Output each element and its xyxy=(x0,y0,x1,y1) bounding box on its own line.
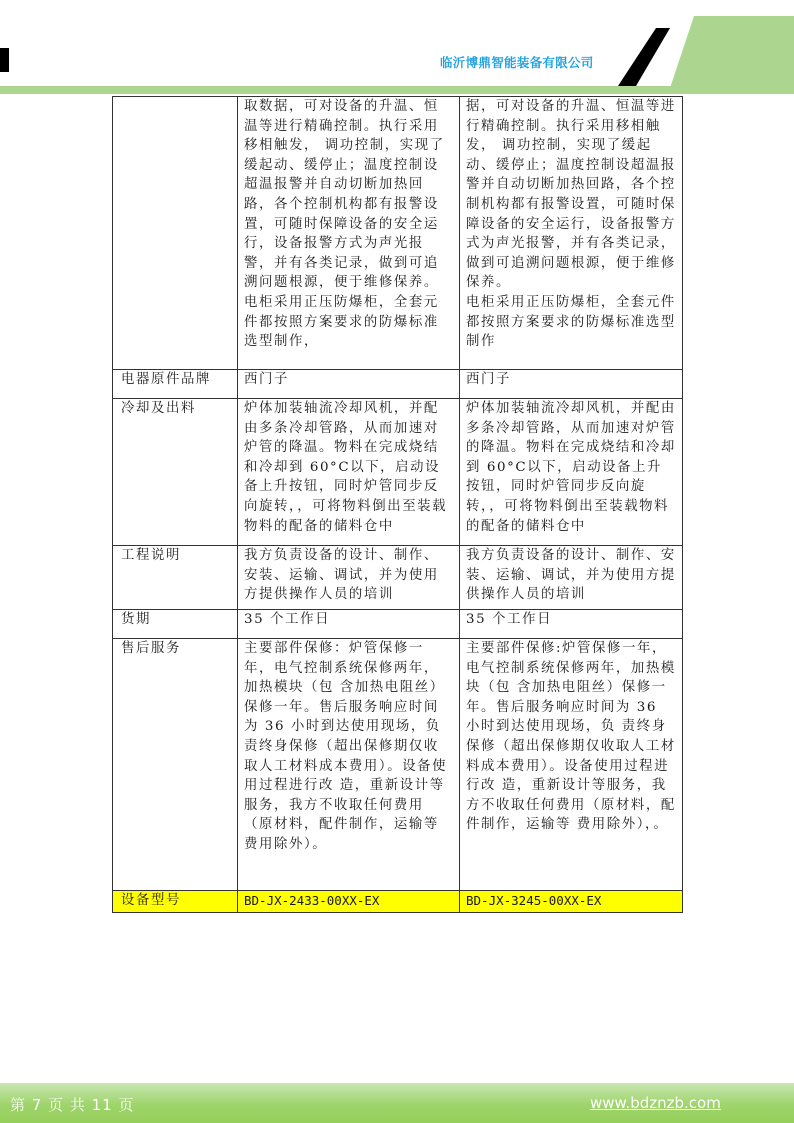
table-row-control-continued: 取数据，可对设备的升温、恒温等进行精确控制。执行采用移相触发， 调功控制，实现了… xyxy=(113,97,683,370)
cell-model-b: 我方负责设备的设计、制作、安装、运输、调试，并为使用方提供操作人员的培训 xyxy=(460,546,683,610)
cell-model-a: 西门子 xyxy=(238,370,460,399)
cell-model-a: BD-JX-2433-00XX-EX xyxy=(238,891,460,913)
cell-model-a: 35 个工作日 xyxy=(238,610,460,639)
row-label: 冷却及出料 xyxy=(113,399,238,546)
table-row-after-sales: 售后服务 主要部件保修：炉管保修一年，电气控制系统保修两年，加热模块（包 含加热… xyxy=(113,639,683,891)
cell-model-b: 35 个工作日 xyxy=(460,610,683,639)
page-footer: 第 7 页 共 11 页 www.bdznzb.com xyxy=(0,1083,794,1123)
cell-model-b: BD-JX-3245-00XX-EX xyxy=(460,891,683,913)
page-number: 第 7 页 共 11 页 xyxy=(10,1094,134,1115)
cell-model-a: 炉体加装轴流冷却风机，并配由多条冷却管路，从而加速对炉管的降温。物料在完成烧结和… xyxy=(238,399,460,546)
company-name: 临沂博鼎智能装备有限公司 xyxy=(440,53,594,71)
table-row-electrical-brand: 电器原件品牌 西门子 西门子 xyxy=(113,370,683,399)
row-label: 设备型号 xyxy=(113,891,238,913)
row-label xyxy=(113,97,238,370)
table-row-engineering: 工程说明 我方负责设备的设计、制作、安装、运输、调试，并为使用方提供操作人员的培… xyxy=(113,546,683,610)
header-black-marker xyxy=(0,48,9,72)
website-link[interactable]: www.bdznzb.com xyxy=(590,1094,721,1112)
page-header: 临沂博鼎智能装备有限公司 xyxy=(0,0,794,96)
cell-model-b: 炉体加装轴流冷却风机，并配由多条冷却管路，从而加速对炉管的降温。物料在完成烧结和… xyxy=(460,399,683,546)
row-label: 工程说明 xyxy=(113,546,238,610)
cell-model-a: 主要部件保修：炉管保修一年，电气控制系统保修两年，加热模块（包 含加热电阻丝）保… xyxy=(238,639,460,891)
cell-model-a: 取数据，可对设备的升温、恒温等进行精确控制。执行采用移相触发， 调功控制，实现了… xyxy=(238,97,460,370)
table-row-cooling-discharge: 冷却及出料 炉体加装轴流冷却风机，并配由多条冷却管路，从而加速对炉管的降温。物料… xyxy=(113,399,683,546)
table-row-delivery: 货期 35 个工作日 35 个工作日 xyxy=(113,610,683,639)
row-label: 电器原件品牌 xyxy=(113,370,238,399)
row-label: 售后服务 xyxy=(113,639,238,891)
table-row-model-number: 设备型号 BD-JX-2433-00XX-EX BD-JX-3245-00XX-… xyxy=(113,891,683,913)
cell-model-a: 我方负责设备的设计、制作、安装、运输、调试，并为使用方提供操作人员的培训 xyxy=(238,546,460,610)
cell-model-b: 主要部件保修:炉管保修一年，电气控制系统保修两年，加热模块（包 含加热电阻丝）保… xyxy=(460,639,683,891)
spec-table: 取数据，可对设备的升温、恒温等进行精确控制。执行采用移相触发， 调功控制，实现了… xyxy=(112,96,683,913)
header-green-block xyxy=(668,16,794,94)
row-label: 货期 xyxy=(113,610,238,639)
cell-model-b: 据，可对设备的升温、恒温等进行精确控制。执行采用移相触发， 调功控制，实现了缓起… xyxy=(460,97,683,370)
cell-model-b: 西门子 xyxy=(460,370,683,399)
header-slash-decoration xyxy=(618,28,670,86)
